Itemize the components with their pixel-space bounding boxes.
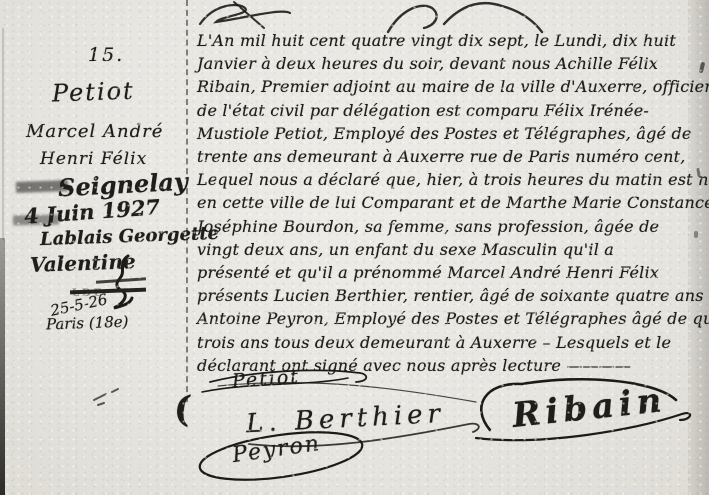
margin-divider-line (186, 0, 188, 402)
act-line: Janvier à deux heures du soir, devant no… (197, 52, 699, 75)
act-line: en cette ville de lui Comparant et de Ma… (197, 191, 699, 214)
stamp-note-place: Paris (18e) (46, 313, 129, 334)
ink-mark-crescent: ( (172, 387, 193, 431)
act-line: Lequel nous a déclaré que, hier, à trois… (197, 168, 699, 191)
act-number: 15. (88, 44, 124, 66)
act-line: vingt deux ans, un enfant du sexe Mascul… (197, 238, 699, 261)
child-surname: Petiot (52, 77, 136, 108)
act-line: Mustiole Petiot, Employé des Postes et T… (197, 122, 699, 145)
act-line: Ribain, Premier adjoint au maire de la v… (197, 75, 699, 98)
child-given-names-line2: Henri Félix (40, 149, 147, 169)
marriage-note-date: 4 Juin 1927 (23, 194, 161, 228)
act-line: Antoine Peyron, Employé des Postes et Té… (197, 307, 699, 330)
left-page-edge (0, 238, 5, 495)
marriage-note-spouse-line1: Lablais Georgette (40, 223, 220, 250)
civil-register-scan: 15. Petiot Marcel André Henri Félix Seig… (0, 0, 709, 495)
act-line: présents Lucien Berthier, rentier, âgé d… (197, 284, 699, 307)
act-line: trois ans tous deux demeurant à Auxerre … (197, 331, 699, 354)
previous-act-signature-flourish (192, 0, 317, 30)
child-given-names-line1: Marcel André (26, 121, 163, 142)
act-line: L'An mil huit cent quatre vingt dix sept… (197, 29, 699, 52)
act-text: L'An mil huit cent quatre vingt dix sept… (197, 29, 699, 377)
act-line: Joséphine Bourdon, sa femme, sans profes… (197, 215, 699, 238)
act-line: trente ans demeurant à Auxerre rue de Pa… (197, 145, 699, 168)
act-line: présenté et qu'il a prénommé Marcel Andr… (197, 261, 699, 284)
signature-petiot: Petiot (231, 366, 300, 393)
act-line: de l'état civil par délégation est compa… (197, 99, 699, 122)
left-page-edge-faint (2, 28, 4, 240)
margin-scribble (92, 386, 134, 412)
